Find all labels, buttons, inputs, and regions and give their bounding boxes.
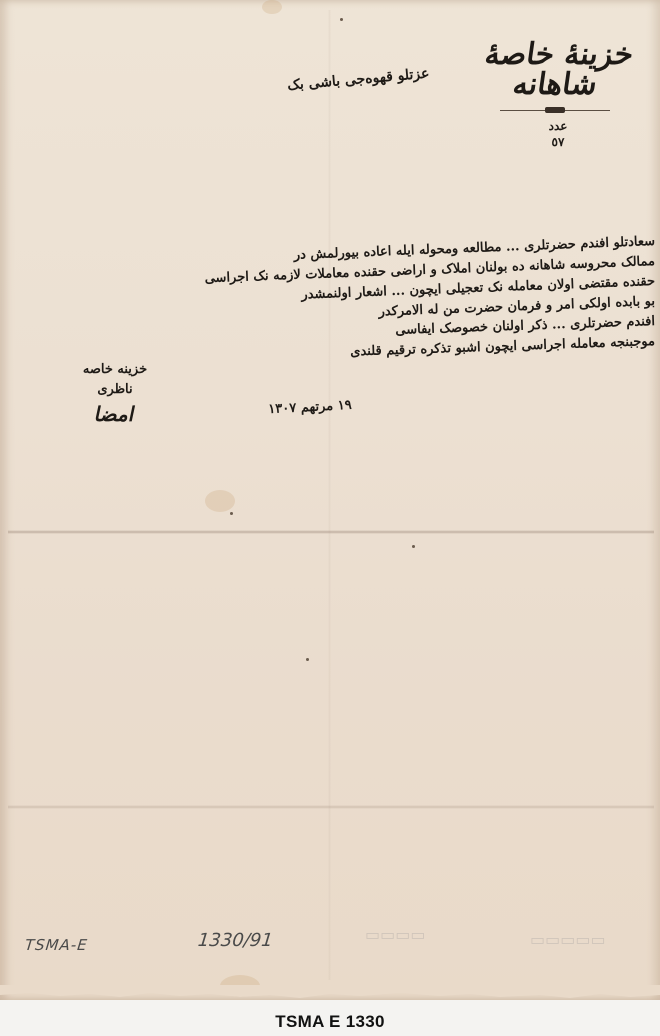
pencil-annotation-collection: TSMA-E [24, 936, 89, 954]
faint-archive-stamp: ▭▭▭▭▭ [530, 930, 606, 949]
pencil-annotation-number: 1330/91 [197, 930, 274, 951]
letterhead-calligraphy: خزینهٔ خاصهٔ شاهانه [478, 40, 636, 100]
signature-block: خزینه خاصه ناظری امضا [70, 360, 160, 420]
reference-value: ٥٧ [538, 134, 578, 150]
reference-mark: عدد [538, 118, 578, 134]
faint-archive-stamp: ▭▭▭▭ [365, 925, 425, 944]
signature-mark: امضا [67, 400, 163, 428]
horizontal-fold-crease [8, 530, 654, 534]
letter-body: سعادتلو افندم حضرتلری ... مطالعه ومحوله … [5, 232, 655, 352]
paper-stain [262, 0, 282, 14]
signature-title: خزینه خاصه ناظری [70, 360, 160, 400]
ink-speck [340, 18, 343, 21]
paper-stain [205, 490, 235, 512]
ink-speck [306, 658, 309, 661]
ink-speck [412, 545, 415, 548]
letterhead-rule-ornament [545, 107, 565, 113]
torn-paper-edge [0, 985, 660, 1005]
document-caption: TSMA E 1330 [0, 1012, 660, 1032]
vertical-fold-crease [328, 10, 331, 980]
date-line: ١٩ مرتهم ١٣٠٧ [230, 396, 391, 419]
document-paper: خزینهٔ خاصهٔ شاهانه عدد ٥٧ عزتلو قهوه‌جی… [0, 0, 660, 1000]
reference-number: عدد ٥٧ [538, 118, 578, 150]
horizontal-fold-crease-lower [8, 805, 654, 809]
ink-speck [230, 512, 233, 515]
addressee-line: عزتلو قهوه‌جی باشی بک [279, 66, 431, 103]
